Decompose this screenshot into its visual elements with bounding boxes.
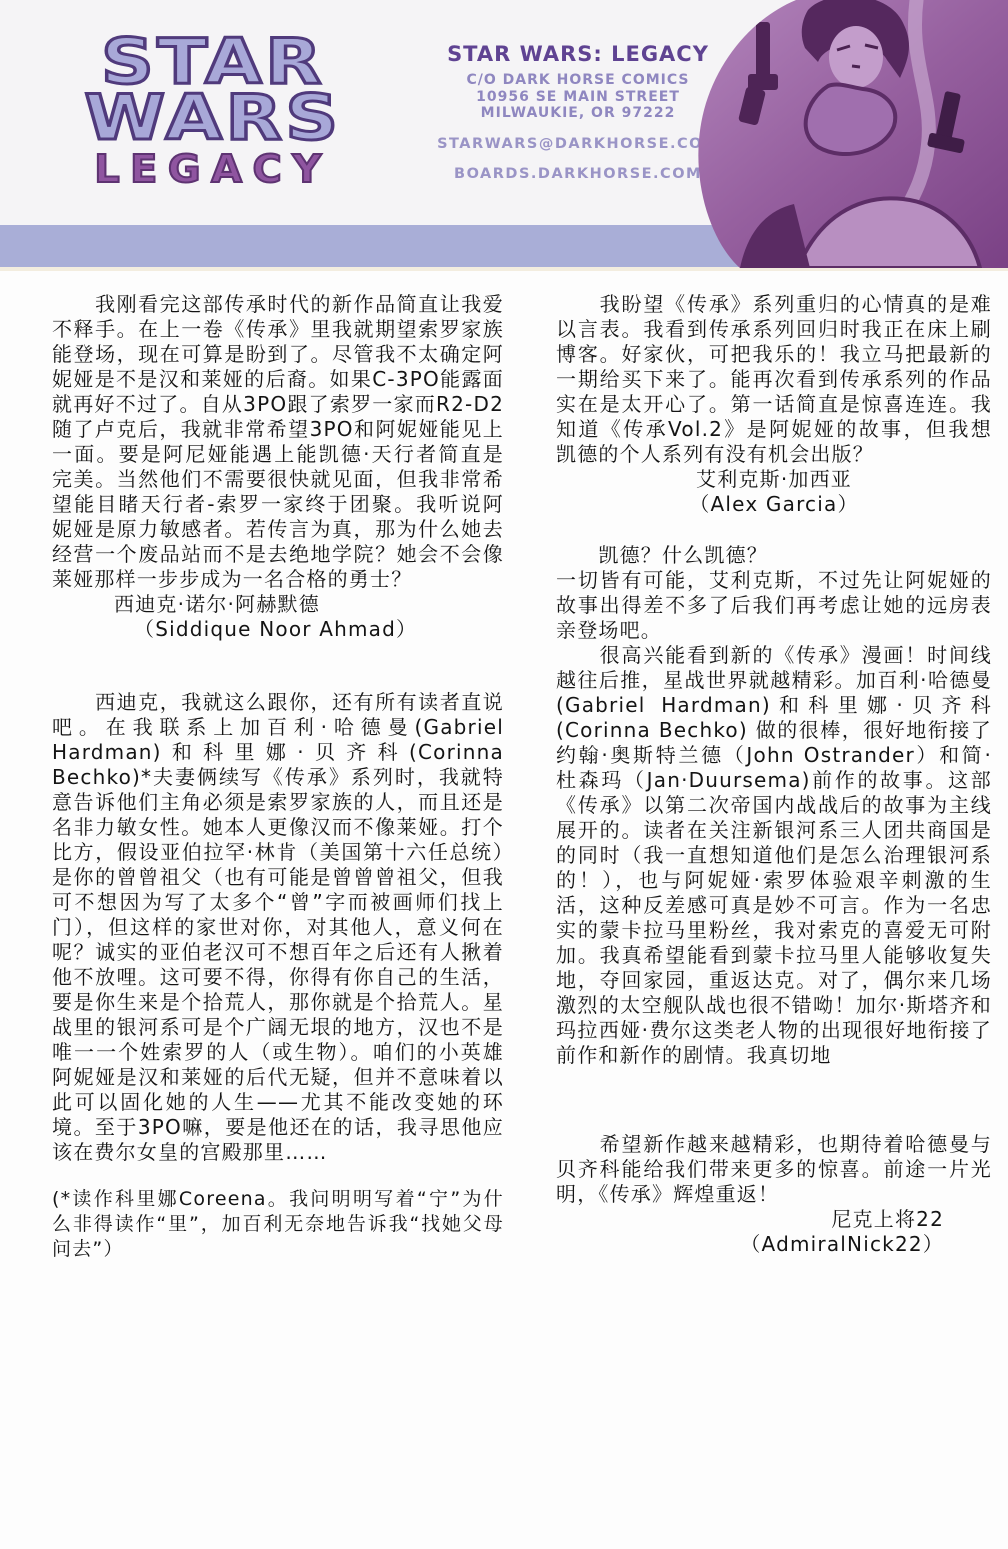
letter3-signature-cn: 尼克上将22 xyxy=(556,1207,992,1232)
editor-reply-answer: 一切皆有可能，艾利克斯，不过先让阿妮娅的故事出得差不多了后我们再考虑让她的远房表… xyxy=(556,568,992,643)
letters-column-right: 我盼望《传承》系列重归的心情真的是难以言表。我看到传承系列回归时我正在床上刷博客… xyxy=(556,292,992,1257)
star-wars-legacy-logo: STAR WARS LEGACY xyxy=(88,34,338,188)
editor-reply-paragraph: 西迪克，我就这么跟你，还有所有读者直说吧。在我联系上加百利·哈德曼(Gabrie… xyxy=(52,690,504,1165)
translator-footnote: (*读作科里娜Coreena。我问明明写着“宁”为什么非得读作“里”，加百利无奈… xyxy=(52,1187,504,1262)
letter3-signature-en: （AdmiralNick22） xyxy=(556,1232,992,1257)
letter2-paragraph: 我盼望《传承》系列重归的心情真的是难以言表。我看到传承系列回归时我正在床上刷博客… xyxy=(556,292,992,467)
letters-column-left: 我刚看完这部传承时代的新作品简直让我爱不释手。在上一卷《传承》里我就期望索罗家族… xyxy=(52,292,504,1262)
letter1-signature-en: （Siddique Noor Ahmad） xyxy=(52,617,504,642)
letter3-paragraph: 很高兴能看到新的《传承》漫画！时间线越往后推，星战世界就越精彩。加百利·哈德曼(… xyxy=(556,643,992,1068)
logo-legacy: LEGACY xyxy=(82,150,345,188)
letter2-signature-en: （Alex Garcia） xyxy=(556,492,992,517)
letter2-signature-cn: 艾利克斯·加西亚 xyxy=(556,467,992,492)
letters-page: STAR WARS LEGACY STAR WARS: LEGACY C/O D… xyxy=(0,0,1008,1549)
letter1-paragraph: 我刚看完这部传承时代的新作品简直让我爱不释手。在上一卷《传承》里我就期望索罗家族… xyxy=(52,292,504,592)
letter3-closing-paragraph: 希望新作越来越精彩，也期待着哈德曼与贝齐科能给我们带来更多的惊喜。前途一片光明，… xyxy=(556,1132,992,1207)
comic-artwork-icon xyxy=(678,0,1008,268)
letter1-signature-cn: 西迪克·诺尔·阿赫默德 xyxy=(52,592,504,617)
editor-reply-question: 凯德？什么凯德？ xyxy=(556,543,992,568)
logo-wars: WARS xyxy=(66,90,361,146)
